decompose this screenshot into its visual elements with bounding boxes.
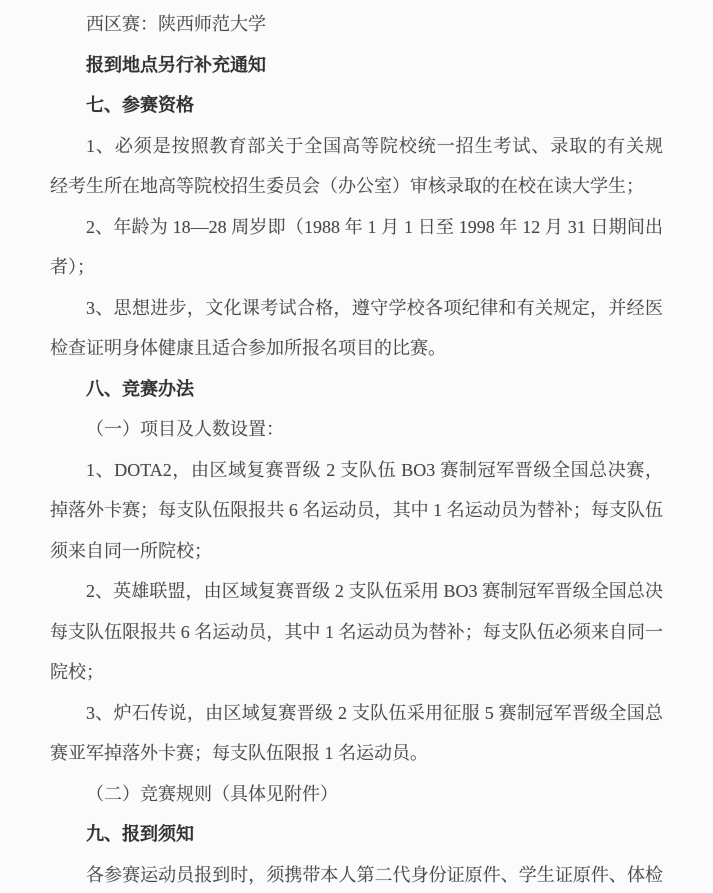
paragraph-event-lol-line: 院校； (50, 652, 663, 693)
paragraph-subsection-1-events-and-rosters-line: （一）项目及人数设置： (50, 409, 663, 450)
heading-section-7-eligibility-line: 七、参赛资格 (50, 85, 663, 126)
paragraph-eligibility-item-2-age-line: 者）； (50, 247, 663, 288)
paragraph-eligibility-item-2-age: 2、年龄为 18—28 周岁即（1988 年 1 月 1 日至 1998 年 1… (50, 207, 663, 288)
heading-section-9-checkin-notice: 九、报到须知 (50, 814, 663, 855)
paragraph-subsection-2-competition-rules: （二）竞赛规则（具体见附件） (50, 774, 663, 815)
paragraph-checkin-requirements: 各参赛运动员报到时，须携带本人第二代身份证原件、学生证原件、体检证 (50, 855, 663, 893)
paragraph-eligibility-item-3-health-line: 检查证明身体健康且适合参加所报名项目的比赛。 (50, 328, 663, 369)
paragraph-eligibility-item-1-line: 1、必须是按照教育部关于全国高等院校统一招生考试、录取的有关规定， (50, 126, 663, 167)
paragraph-eligibility-item-3-health-line: 3、思想进步，文化课考试合格，遵守学校各项纪律和有关规定，并经医院 (50, 288, 663, 329)
paragraph-event-dota2-line: 须来自同一所院校； (50, 531, 663, 572)
paragraph-event-lol-line: 每支队伍限报共 6 名运动员，其中 1 名运动员为替补；每支队伍必须来自同一所 (50, 612, 663, 653)
paragraph-eligibility-item-3-health: 3、思想进步，文化课考试合格，遵守学校各项纪律和有关规定，并经医院检查证明身体健… (50, 288, 663, 369)
paragraph-subsection-2-competition-rules-line: （二）竞赛规则（具体见附件） (50, 774, 663, 815)
document-page: 西区赛：陕西师范大学报到地点另行补充通知七、参赛资格1、必须是按照教育部关于全国… (0, 0, 713, 893)
paragraph-eligibility-item-2-age-line: 2、年龄为 18—28 周岁即（1988 年 1 月 1 日至 1998 年 1… (50, 207, 663, 248)
paragraph-eligibility-item-1-line: 经考生所在地高等院校招生委员会（办公室）审核录取的在校在读大学生； (50, 166, 663, 207)
heading-section-7-eligibility: 七、参赛资格 (50, 85, 663, 126)
paragraph-event-hearthstone: 3、炉石传说，由区域复赛晋级 2 支队伍采用征服 5 赛制冠军晋级全国总决赛亚军… (50, 693, 663, 774)
paragraph-event-dota2-line: 掉落外卡赛；每支队伍限报共 6 名运动员，其中 1 名运动员为替补；每支队伍必 (50, 490, 663, 531)
paragraph-eligibility-item-1: 1、必须是按照教育部关于全国高等院校统一招生考试、录取的有关规定，经考生所在地高… (50, 126, 663, 207)
heading-report-location-notice-line: 报到地点另行补充通知 (50, 45, 663, 86)
paragraph-west-region-venue: 西区赛：陕西师范大学 (50, 4, 663, 45)
heading-report-location-notice: 报到地点另行补充通知 (50, 45, 663, 86)
paragraph-subsection-1-events-and-rosters: （一）项目及人数设置： (50, 409, 663, 450)
paragraph-event-lol: 2、英雄联盟，由区域复赛晋级 2 支队伍采用 BO3 赛制冠军晋级全国总决赛；每… (50, 571, 663, 693)
paragraph-event-hearthstone-line: 赛亚军掉落外卡赛；每支队伍限报 1 名运动员。 (50, 733, 663, 774)
heading-section-8-competition-method-line: 八、竞赛办法 (50, 369, 663, 410)
heading-section-9-checkin-notice-line: 九、报到须知 (50, 814, 663, 855)
paragraph-event-dota2: 1、DOTA2，由区域复赛晋级 2 支队伍 BO3 赛制冠军晋级全国总决赛，亚军… (50, 450, 663, 572)
heading-section-8-competition-method: 八、竞赛办法 (50, 369, 663, 410)
paragraph-west-region-venue-line: 西区赛：陕西师范大学 (50, 4, 663, 45)
paragraph-checkin-requirements-line: 各参赛运动员报到时，须携带本人第二代身份证原件、学生证原件、体检证 (50, 855, 663, 893)
paragraph-event-lol-line: 2、英雄联盟，由区域复赛晋级 2 支队伍采用 BO3 赛制冠军晋级全国总决赛； (50, 571, 663, 612)
paragraph-event-hearthstone-line: 3、炉石传说，由区域复赛晋级 2 支队伍采用征服 5 赛制冠军晋级全国总决 (50, 693, 663, 734)
paragraph-event-dota2-line: 1、DOTA2，由区域复赛晋级 2 支队伍 BO3 赛制冠军晋级全国总决赛，亚军 (50, 450, 663, 491)
